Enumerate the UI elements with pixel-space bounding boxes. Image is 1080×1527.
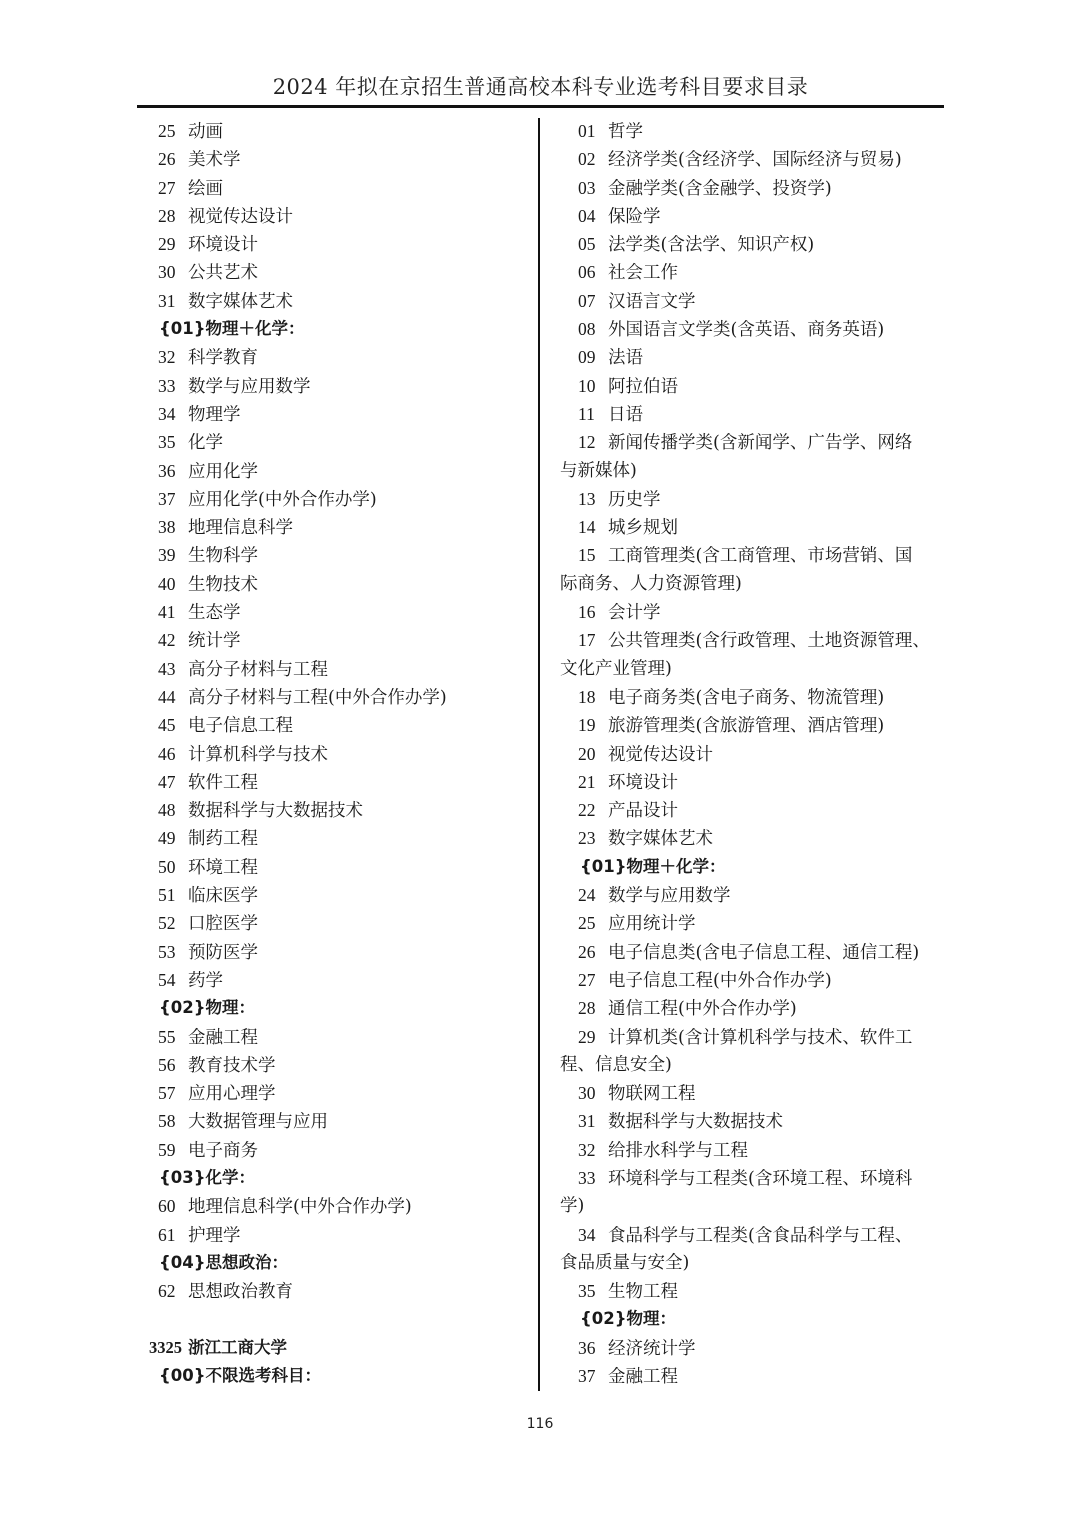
major-name: 环境科学与工程类(含环境工程、环境科	[608, 1169, 912, 1189]
major-list-item-continuation: 际商务、人力资源管理)	[560, 570, 945, 598]
major-name: 计算机类(含计算机科学与技术、软件工	[608, 1028, 912, 1048]
major-code: 14	[578, 513, 600, 541]
major-code: 30	[578, 1079, 600, 1107]
major-list-item-continuation: 学)	[560, 1192, 945, 1220]
major-name: 日语	[608, 405, 643, 425]
major-list-item-continuation: 食品质量与安全)	[560, 1249, 945, 1277]
major-list-item: 20视觉传达设计	[560, 740, 945, 768]
major-code: 09	[578, 343, 600, 371]
major-list-item: 60地理信息科学(中外合作办学)	[137, 1192, 532, 1220]
major-list-item: 22产品设计	[560, 796, 945, 824]
subject-requirement-label: {01}物理＋化学：	[580, 857, 725, 876]
major-name: 生物技术	[188, 575, 258, 595]
major-name: 哲学	[608, 122, 643, 142]
major-code: 02	[578, 145, 600, 173]
major-code: 08	[578, 315, 600, 343]
major-code: 51	[158, 881, 180, 909]
major-code: 37	[158, 485, 180, 513]
major-name: 数字媒体艺术	[608, 829, 713, 849]
major-list-item: 32给排水科学与工程	[560, 1136, 945, 1164]
major-list-item: 34食品科学与工程类(含食品科学与工程、	[560, 1221, 945, 1249]
major-name: 公共管理类(含行政管理、土地资源管理、	[608, 631, 930, 651]
major-code: 61	[158, 1221, 180, 1249]
major-list-item: 50环境工程	[137, 853, 532, 881]
major-name: 阿拉伯语	[608, 377, 678, 397]
major-code: 62	[158, 1277, 180, 1305]
major-list-item: 43高分子材料与工程	[137, 655, 532, 683]
major-name: 数学与应用数学	[188, 377, 311, 397]
school-heading: 3325浙江工商大学	[137, 1334, 532, 1362]
major-name: 金融工程	[188, 1028, 258, 1048]
major-name: 经济统计学	[608, 1339, 696, 1359]
major-name: 环境设计	[608, 773, 678, 793]
major-list-item: 33环境科学与工程类(含环境工程、环境科	[560, 1164, 945, 1192]
major-name: 美术学	[188, 150, 241, 170]
major-name: 应用化学	[188, 462, 258, 482]
major-list-item: 37应用化学(中外合作办学)	[137, 485, 532, 513]
major-list-item: 23数字媒体艺术	[560, 824, 945, 852]
major-list-item: 30物联网工程	[560, 1079, 945, 1107]
major-name: 与新媒体)	[560, 461, 637, 481]
major-list-item: 26电子信息类(含电子信息工程、通信工程)	[560, 938, 945, 966]
major-code: 50	[158, 853, 180, 881]
major-list-item: 06社会工作	[560, 258, 945, 286]
major-name: 保险学	[608, 207, 661, 227]
major-name: 电子信息工程(中外合作办学)	[608, 971, 832, 991]
major-list-item: 30公共艺术	[137, 258, 532, 286]
column-divider	[538, 118, 540, 1391]
subject-requirement-label: {00}不限选考科目：	[159, 1366, 321, 1385]
major-name: 教育技术学	[188, 1056, 276, 1076]
major-code: 53	[158, 938, 180, 966]
spacer	[137, 1305, 532, 1333]
major-list-item: 55金融工程	[137, 1023, 532, 1051]
major-name: 计算机科学与技术	[188, 745, 328, 765]
major-code: 42	[158, 626, 180, 654]
major-list-item: 11日语	[560, 400, 945, 428]
major-name: 高分子材料与工程	[188, 660, 328, 680]
major-name: 食品科学与工程类(含食品科学与工程、	[608, 1226, 912, 1246]
major-name: 法语	[608, 348, 643, 368]
major-code: 47	[158, 768, 180, 796]
major-name: 生物工程	[608, 1282, 678, 1302]
major-code: 05	[578, 230, 600, 258]
major-list-item: 51临床医学	[137, 881, 532, 909]
header-divider	[137, 105, 944, 108]
major-name: 预防医学	[188, 943, 258, 963]
major-name: 环境设计	[188, 235, 258, 255]
major-name: 数字媒体艺术	[188, 292, 293, 312]
major-list-item: 24数学与应用数学	[560, 881, 945, 909]
major-list-item: 31数据科学与大数据技术	[560, 1107, 945, 1135]
page-title: 2024 年拟在京招生普通高校本科专业选考科目要求目录	[137, 72, 944, 102]
major-name: 应用心理学	[188, 1084, 276, 1104]
major-list-item: 59电子商务	[137, 1136, 532, 1164]
major-list-item: 62思想政治教育	[137, 1277, 532, 1305]
major-name: 电子商务类(含电子商务、物流管理)	[608, 688, 884, 708]
major-list-item: 08外国语言文学类(含英语、商务英语)	[560, 315, 945, 343]
major-code: 58	[158, 1107, 180, 1135]
major-list-item: 34物理学	[137, 400, 532, 428]
major-name: 软件工程	[188, 773, 258, 793]
major-code: 43	[158, 655, 180, 683]
major-list-item: 02经济学类(含经济学、国际经济与贸易)	[560, 145, 945, 173]
major-list-item: 25动画	[137, 117, 532, 145]
major-name: 口腔医学	[188, 914, 258, 934]
major-list-item: 25应用统计学	[560, 909, 945, 937]
major-name: 历史学	[608, 490, 661, 510]
major-list-item: 27电子信息工程(中外合作办学)	[560, 966, 945, 994]
major-list-item: 37金融工程	[560, 1362, 945, 1390]
major-code: 56	[158, 1051, 180, 1079]
major-code: 06	[578, 258, 600, 286]
major-list-item: 13历史学	[560, 485, 945, 513]
subject-requirement-label: {03}化学：	[159, 1168, 255, 1187]
major-code: 45	[158, 711, 180, 739]
right-column: 01哲学02经济学类(含经济学、国际经济与贸易)03金融学类(含金融学、投资学)…	[560, 117, 945, 1390]
major-code: 20	[578, 740, 600, 768]
major-code: 44	[158, 683, 180, 711]
major-name: 动画	[188, 122, 223, 142]
major-name: 学)	[560, 1196, 584, 1216]
major-code: 01	[578, 117, 600, 145]
major-name: 法学类(含法学、知识产权)	[608, 235, 814, 255]
major-list-item: 29环境设计	[137, 230, 532, 258]
major-code: 33	[578, 1164, 600, 1192]
major-code: 28	[158, 202, 180, 230]
major-code: 30	[158, 258, 180, 286]
major-code: 23	[578, 824, 600, 852]
major-name: 制药工程	[188, 829, 258, 849]
major-code: 37	[578, 1362, 600, 1390]
major-list-item: 18电子商务类(含电子商务、物流管理)	[560, 683, 945, 711]
major-name: 临床医学	[188, 886, 258, 906]
major-code: 26	[578, 938, 600, 966]
major-name: 电子信息工程	[188, 716, 293, 736]
major-code: 33	[158, 372, 180, 400]
major-list-item: 47软件工程	[137, 768, 532, 796]
major-list-item: 26美术学	[137, 145, 532, 173]
major-list-item-continuation: 文化产业管理)	[560, 655, 945, 683]
major-list-item: 33数学与应用数学	[137, 372, 532, 400]
major-name: 会计学	[608, 603, 661, 623]
major-name: 应用统计学	[608, 914, 696, 934]
major-code: 52	[158, 909, 180, 937]
major-name: 绘画	[188, 179, 223, 199]
major-list-item: 45电子信息工程	[137, 711, 532, 739]
major-name: 视觉传达设计	[188, 207, 293, 227]
subject-requirement-label: {02}物理：	[159, 998, 255, 1017]
major-list-item-continuation: 程、信息安全)	[560, 1051, 945, 1079]
major-name: 视觉传达设计	[608, 745, 713, 765]
major-code: 27	[158, 174, 180, 202]
school-name: 浙江工商大学	[188, 1338, 287, 1357]
subject-requirement-heading: {04}思想政治：	[137, 1249, 532, 1277]
major-code: 27	[578, 966, 600, 994]
major-list-item: 49制药工程	[137, 824, 532, 852]
major-list-item: 27绘画	[137, 174, 532, 202]
major-code: 17	[578, 626, 600, 654]
major-list-item: 44高分子材料与工程(中外合作办学)	[137, 683, 532, 711]
subject-requirement-label: {01}物理＋化学：	[159, 319, 304, 338]
major-list-item: 21环境设计	[560, 768, 945, 796]
major-name: 数据科学与大数据技术	[188, 801, 363, 821]
major-code: 21	[578, 768, 600, 796]
major-name: 数学与应用数学	[608, 886, 731, 906]
subject-requirement-heading: {00}不限选考科目：	[137, 1362, 532, 1390]
major-code: 34	[578, 1221, 600, 1249]
subject-requirement-heading: {01}物理＋化学：	[560, 853, 945, 881]
major-name: 科学教育	[188, 348, 258, 368]
major-name: 护理学	[188, 1226, 241, 1246]
major-code: 25	[578, 909, 600, 937]
subject-requirement-heading: {02}物理：	[560, 1305, 945, 1333]
subject-requirement-label: {02}物理：	[580, 1309, 676, 1328]
major-code: 36	[578, 1334, 600, 1362]
major-list-item: 12新闻传播学类(含新闻学、广告学、网络	[560, 428, 945, 456]
major-list-item: 04保险学	[560, 202, 945, 230]
subject-requirement-heading: {01}物理＋化学：	[137, 315, 532, 343]
major-code: 29	[578, 1023, 600, 1051]
major-code: 03	[578, 174, 600, 202]
major-code: 35	[578, 1277, 600, 1305]
major-code: 25	[158, 117, 180, 145]
major-list-item: 29计算机类(含计算机科学与技术、软件工	[560, 1023, 945, 1051]
major-name: 际商务、人力资源管理)	[560, 574, 742, 594]
major-name: 经济学类(含经济学、国际经济与贸易)	[608, 150, 902, 170]
major-code: 60	[158, 1192, 180, 1220]
major-list-item: 61护理学	[137, 1221, 532, 1249]
major-list-item: 31数字媒体艺术	[137, 287, 532, 315]
major-code: 24	[578, 881, 600, 909]
major-code: 19	[578, 711, 600, 739]
major-list-item: 38地理信息科学	[137, 513, 532, 541]
major-name: 外国语言文学类(含英语、商务英语)	[608, 320, 884, 340]
major-name: 统计学	[188, 631, 241, 651]
major-code: 07	[578, 287, 600, 315]
major-list-item: 40生物技术	[137, 570, 532, 598]
major-list-item: 48数据科学与大数据技术	[137, 796, 532, 824]
major-code: 54	[158, 966, 180, 994]
major-list-item: 46计算机科学与技术	[137, 740, 532, 768]
major-name: 给排水科学与工程	[608, 1141, 748, 1161]
major-name: 旅游管理类(含旅游管理、酒店管理)	[608, 716, 884, 736]
major-code: 48	[158, 796, 180, 824]
major-list-item: 19旅游管理类(含旅游管理、酒店管理)	[560, 711, 945, 739]
major-name: 药学	[188, 971, 223, 991]
major-list-item: 16会计学	[560, 598, 945, 626]
major-list-item: 53预防医学	[137, 938, 532, 966]
major-name: 文化产业管理)	[560, 659, 672, 679]
major-name: 公共艺术	[188, 263, 258, 283]
major-list-item-continuation: 与新媒体)	[560, 457, 945, 485]
major-code: 59	[158, 1136, 180, 1164]
major-name: 高分子材料与工程(中外合作办学)	[188, 688, 447, 708]
major-list-item: 14城乡规划	[560, 513, 945, 541]
major-code: 32	[158, 343, 180, 371]
major-code: 41	[158, 598, 180, 626]
major-list-item: 10阿拉伯语	[560, 372, 945, 400]
major-code: 04	[578, 202, 600, 230]
major-code: 22	[578, 796, 600, 824]
major-code: 31	[578, 1107, 600, 1135]
major-list-item: 35生物工程	[560, 1277, 945, 1305]
major-list-item: 54药学	[137, 966, 532, 994]
subject-requirement-heading: {03}化学：	[137, 1164, 532, 1192]
major-name: 工商管理类(含工商管理、市场营销、国	[608, 546, 912, 566]
major-list-item: 56教育技术学	[137, 1051, 532, 1079]
major-list-item: 05法学类(含法学、知识产权)	[560, 230, 945, 258]
major-name: 大数据管理与应用	[188, 1112, 328, 1132]
major-name: 环境工程	[188, 858, 258, 878]
major-code: 39	[158, 541, 180, 569]
major-name: 产品设计	[608, 801, 678, 821]
subject-requirement-label: {04}思想政治：	[159, 1253, 288, 1272]
major-name: 地理信息科学(中外合作办学)	[188, 1197, 412, 1217]
major-list-item: 07汉语言文学	[560, 287, 945, 315]
major-list-item: 28通信工程(中外合作办学)	[560, 994, 945, 1022]
subject-requirement-heading: {02}物理：	[137, 994, 532, 1022]
major-name: 电子商务	[188, 1141, 258, 1161]
major-name: 金融学类(含金融学、投资学)	[608, 179, 832, 199]
major-list-item: 03金融学类(含金融学、投资学)	[560, 174, 945, 202]
major-name: 城乡规划	[608, 518, 678, 538]
major-name: 新闻传播学类(含新闻学、广告学、网络	[608, 433, 912, 453]
major-code: 15	[578, 541, 600, 569]
major-code: 40	[158, 570, 180, 598]
major-list-item: 15工商管理类(含工商管理、市场营销、国	[560, 541, 945, 569]
major-list-item: 41生态学	[137, 598, 532, 626]
major-name: 电子信息类(含电子信息工程、通信工程)	[608, 943, 919, 963]
school-code: 3325	[149, 1334, 182, 1362]
major-name: 化学	[188, 433, 223, 453]
major-list-item: 28视觉传达设计	[137, 202, 532, 230]
major-name: 食品质量与安全)	[560, 1253, 689, 1273]
major-code: 32	[578, 1136, 600, 1164]
major-code: 55	[158, 1023, 180, 1051]
major-name: 地理信息科学	[188, 518, 293, 538]
major-code: 36	[158, 457, 180, 485]
major-name: 社会工作	[608, 263, 678, 283]
major-list-item: 32科学教育	[137, 343, 532, 371]
major-name: 程、信息安全)	[560, 1055, 672, 1075]
major-name: 生物科学	[188, 546, 258, 566]
major-code: 29	[158, 230, 180, 258]
major-code: 38	[158, 513, 180, 541]
major-code: 10	[578, 372, 600, 400]
major-list-item: 57应用心理学	[137, 1079, 532, 1107]
major-name: 汉语言文学	[608, 292, 696, 312]
major-code: 28	[578, 994, 600, 1022]
major-name: 金融工程	[608, 1367, 678, 1387]
major-list-item: 39生物科学	[137, 541, 532, 569]
major-code: 35	[158, 428, 180, 456]
major-name: 物联网工程	[608, 1084, 696, 1104]
major-list-item: 36应用化学	[137, 457, 532, 485]
major-name: 思想政治教育	[188, 1282, 293, 1302]
major-list-item: 52口腔医学	[137, 909, 532, 937]
major-code: 11	[578, 400, 600, 428]
major-list-item: 35化学	[137, 428, 532, 456]
major-code: 57	[158, 1079, 180, 1107]
major-name: 生态学	[188, 603, 241, 623]
major-list-item: 42统计学	[137, 626, 532, 654]
major-list-item: 58大数据管理与应用	[137, 1107, 532, 1135]
major-name: 应用化学(中外合作办学)	[188, 490, 377, 510]
major-name: 物理学	[188, 405, 241, 425]
left-column: 25动画26美术学27绘画28视觉传达设计29环境设计30公共艺术31数字媒体艺…	[137, 117, 532, 1390]
major-list-item: 09法语	[560, 343, 945, 371]
major-list-item: 01哲学	[560, 117, 945, 145]
major-name: 通信工程(中外合作办学)	[608, 999, 797, 1019]
major-code: 46	[158, 740, 180, 768]
major-list-item: 36经济统计学	[560, 1334, 945, 1362]
major-code: 49	[158, 824, 180, 852]
major-code: 34	[158, 400, 180, 428]
major-code: 18	[578, 683, 600, 711]
major-name: 数据科学与大数据技术	[608, 1112, 783, 1132]
major-code: 31	[158, 287, 180, 315]
major-code: 26	[158, 145, 180, 173]
major-code: 12	[578, 428, 600, 456]
major-code: 16	[578, 598, 600, 626]
major-list-item: 17公共管理类(含行政管理、土地资源管理、	[560, 626, 945, 654]
page-number: 116	[0, 1416, 1080, 1432]
major-code: 13	[578, 485, 600, 513]
